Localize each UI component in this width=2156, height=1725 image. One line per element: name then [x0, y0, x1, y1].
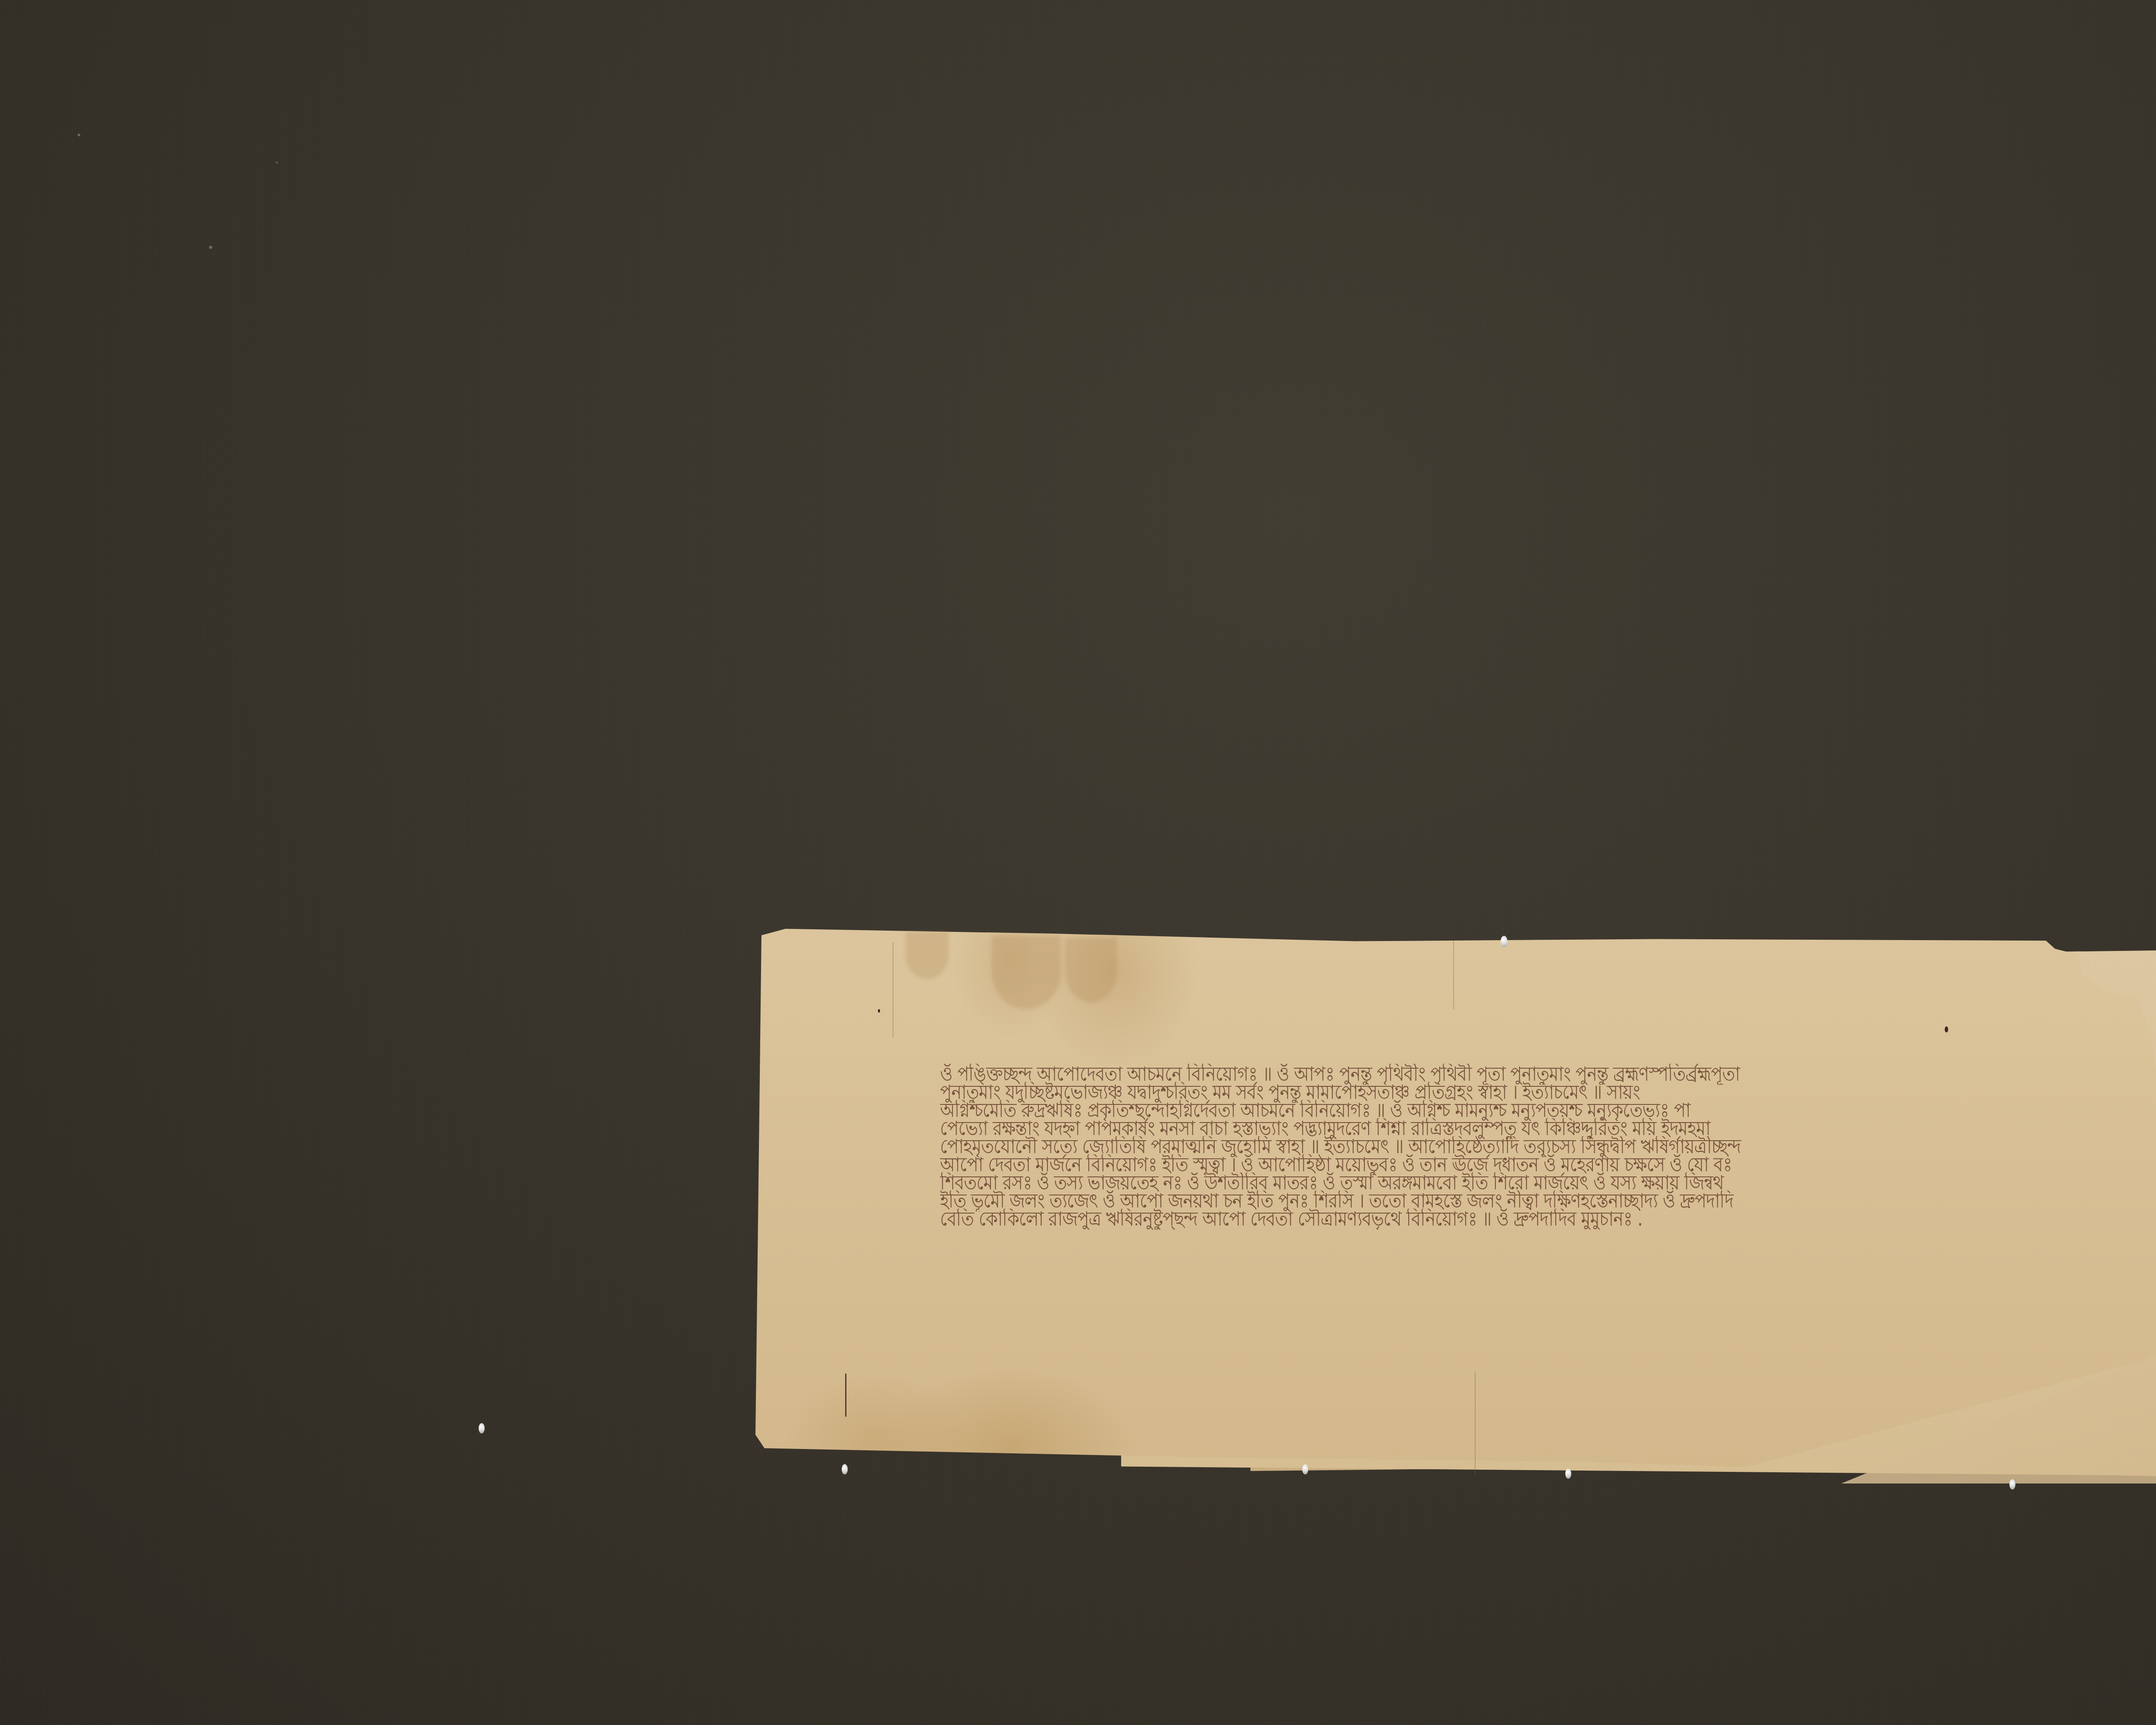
mounting-pin [1302, 1464, 1308, 1474]
mounting-pin [2009, 1479, 2015, 1490]
ink-spot [1945, 1026, 1948, 1032]
mounting-pin [842, 1464, 848, 1474]
mounting-pin [479, 1423, 485, 1433]
mounting-pin [1501, 936, 1507, 947]
paper-crease [1453, 940, 1454, 1009]
dust-speck [209, 246, 212, 249]
dust-speck [276, 162, 278, 163]
paper-crease [893, 942, 893, 1037]
water-stain [1065, 938, 1117, 1003]
paper-crease [1475, 1371, 1476, 1475]
water-stain [906, 931, 949, 979]
ink-spot [878, 1009, 880, 1013]
manuscript-text: ওঁ পঙ্ক্তিচ্ছন্দ আপোদেবতা আচমনে বিনিয়োগ… [940, 1065, 2156, 1228]
mounting-pin [1565, 1468, 1571, 1479]
manuscript-line: বেতি কোকিলো রাজপুত্র ঋষিরনুষ্টুপ্ছন্দ আপ… [940, 1209, 2156, 1229]
dust-speck [78, 134, 80, 136]
water-stain [992, 936, 1061, 1009]
margin-mark [845, 1374, 846, 1417]
